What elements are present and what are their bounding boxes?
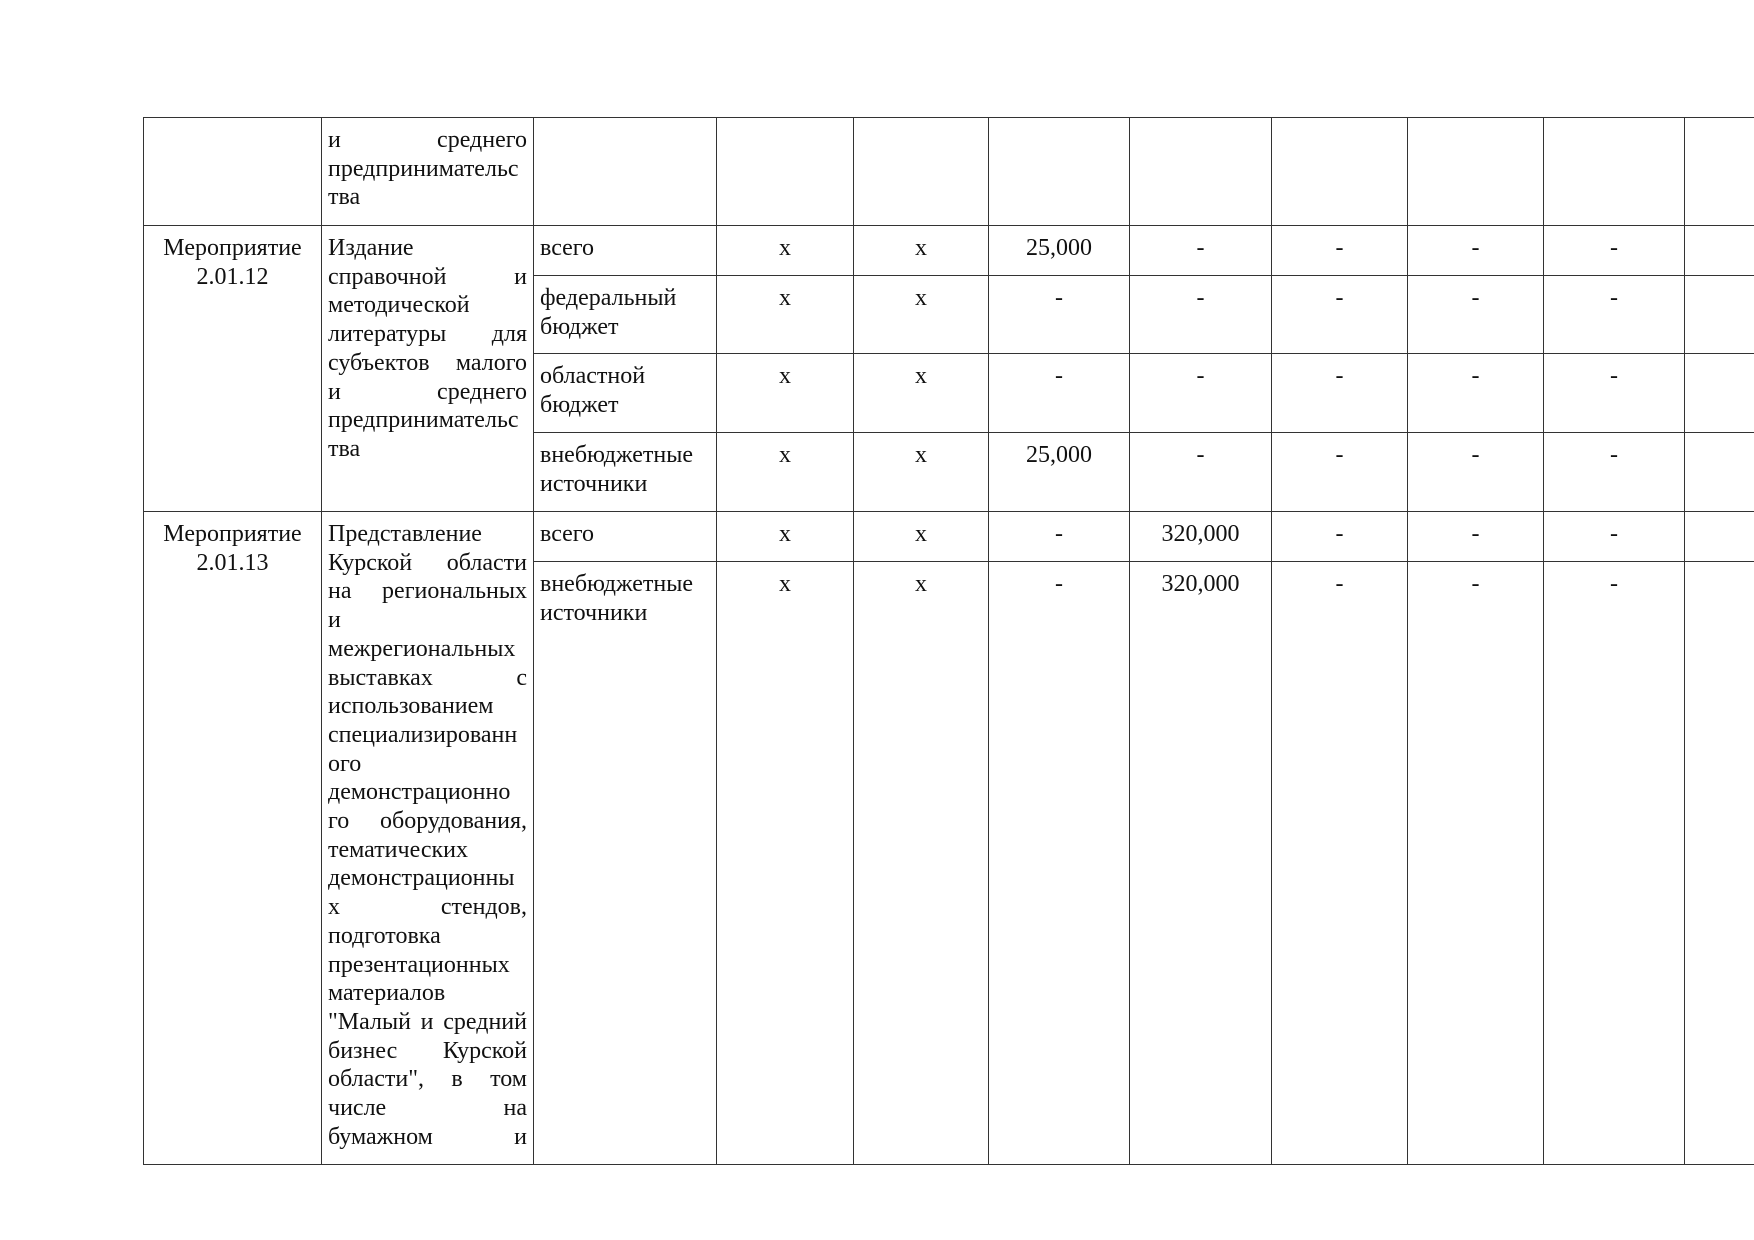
text-line: 2.01.12	[146, 263, 319, 292]
text-line: использованием	[328, 692, 527, 721]
value-cell: x	[854, 433, 989, 512]
text-line: литературы для	[328, 320, 527, 349]
text-line: бизнес Курской	[328, 1037, 527, 1066]
measure-id-cell	[144, 118, 322, 226]
text-line: внебюджетные	[540, 570, 710, 599]
value-cell: -	[1685, 562, 1754, 1165]
value-cell	[1685, 118, 1754, 226]
text-line: внебюджетные	[540, 441, 710, 470]
value-cell: -	[1130, 354, 1272, 433]
text-line: демонстрационно	[328, 778, 527, 807]
value-cell: 320,000	[1130, 562, 1272, 1165]
value-cell: -	[1408, 562, 1544, 1165]
text-line: ого	[328, 750, 527, 779]
text-line: всего	[540, 520, 710, 549]
text-line: числе на	[328, 1094, 527, 1123]
text-line: областной	[540, 362, 710, 391]
funding-source-cell: всего	[534, 226, 717, 276]
text-line: и среднего	[328, 126, 527, 155]
funding-source-cell: федеральныйбюджет	[534, 276, 717, 354]
value-cell: -	[1272, 226, 1408, 276]
value-cell: -	[1408, 512, 1544, 562]
text-line: субъектов малого	[328, 349, 527, 378]
table-row: Мероприятие2.01.13ПредставлениеКурской о…	[144, 512, 1754, 562]
measure-name-cell: и среднегопредпринимательства	[322, 118, 534, 226]
document-page: и среднегопредпринимательстваМероприятие…	[0, 0, 1754, 1240]
text-line: презентационных	[328, 951, 527, 980]
value-cell: -	[1544, 276, 1685, 354]
measure-name-cell: Изданиесправочной иметодическойлитератур…	[322, 226, 534, 512]
value-cell: x	[717, 354, 854, 433]
table-row: Мероприятие2.01.12Изданиесправочной имет…	[144, 226, 1754, 276]
text-line: предпринимательс	[328, 406, 527, 435]
measure-id-cell: Мероприятие2.01.13	[144, 512, 322, 1165]
text-line: тва	[328, 183, 527, 212]
value-cell: x	[854, 276, 989, 354]
value-cell: -	[1272, 512, 1408, 562]
value-cell: -	[1408, 276, 1544, 354]
text-line: материалов	[328, 979, 527, 1008]
measure-id-cell: Мероприятие2.01.12	[144, 226, 322, 512]
value-cell: -	[1685, 276, 1754, 354]
text-line: подготовка	[328, 922, 527, 951]
text-line: методической	[328, 291, 527, 320]
value-cell: -	[1544, 354, 1685, 433]
value-cell: -	[1544, 562, 1685, 1165]
value-cell: x	[854, 226, 989, 276]
value-cell	[1544, 118, 1685, 226]
text-line: источники	[540, 470, 710, 499]
text-line: тва	[328, 435, 527, 464]
text-line: бюджет	[540, 391, 710, 420]
value-cell: 320,000	[1130, 512, 1272, 562]
value-cell: -	[1130, 433, 1272, 512]
text-line: тематических	[328, 836, 527, 865]
text-line: области", в том	[328, 1065, 527, 1094]
text-line: Издание	[328, 234, 527, 263]
table-row-continuation: и среднегопредпринимательства	[144, 118, 1754, 226]
funding-source-cell: внебюджетныеисточники	[534, 562, 717, 1165]
value-cell: -	[1272, 276, 1408, 354]
value-cell: x	[854, 354, 989, 433]
value-cell: x	[717, 562, 854, 1165]
text-line: и среднего	[328, 378, 527, 407]
text-line: бюджет	[540, 313, 710, 342]
text-line: бумажном и	[328, 1123, 527, 1152]
value-cell: -	[1272, 354, 1408, 433]
value-cell: -	[1685, 512, 1754, 562]
value-cell	[854, 118, 989, 226]
value-cell: -	[1130, 226, 1272, 276]
value-cell: -	[1544, 226, 1685, 276]
value-cell: x	[717, 433, 854, 512]
value-cell: -	[1130, 276, 1272, 354]
value-cell: -	[1544, 433, 1685, 512]
text-line: межрегиональных	[328, 635, 527, 664]
value-cell: x	[717, 226, 854, 276]
text-line: демонстрационны	[328, 864, 527, 893]
budget-table: и среднегопредпринимательстваМероприятие…	[143, 117, 1754, 1165]
value-cell: -	[989, 562, 1130, 1165]
value-cell: -	[1408, 354, 1544, 433]
value-cell: -	[1685, 433, 1754, 512]
value-cell: 25,000	[989, 433, 1130, 512]
value-cell	[717, 118, 854, 226]
value-cell: -	[1685, 354, 1754, 433]
value-cell	[1408, 118, 1544, 226]
value-cell: -	[1272, 562, 1408, 1165]
value-cell: -	[989, 512, 1130, 562]
value-cell: 25,000	[989, 226, 1130, 276]
value-cell	[989, 118, 1130, 226]
funding-source-cell: областнойбюджет	[534, 354, 717, 433]
text-line: специализированн	[328, 721, 527, 750]
text-line: выставках с	[328, 664, 527, 693]
value-cell: x	[717, 512, 854, 562]
funding-source-cell: всего	[534, 512, 717, 562]
value-cell: -	[1272, 433, 1408, 512]
text-line: "Малый и средний	[328, 1008, 527, 1037]
text-line: Представление	[328, 520, 527, 549]
value-cell: -	[1408, 433, 1544, 512]
value-cell	[1130, 118, 1272, 226]
text-line: Мероприятие	[146, 520, 319, 549]
text-line: предпринимательс	[328, 155, 527, 184]
text-line: всего	[540, 234, 710, 263]
value-cell	[534, 118, 717, 226]
text-line: Курской области	[328, 549, 527, 578]
text-line: х стендов,	[328, 893, 527, 922]
value-cell: -	[1685, 226, 1754, 276]
text-line: го оборудования,	[328, 807, 527, 836]
value-cell	[1272, 118, 1408, 226]
text-line: федеральный	[540, 284, 710, 313]
value-cell: -	[1408, 226, 1544, 276]
text-line: Мероприятие	[146, 234, 319, 263]
value-cell: x	[854, 562, 989, 1165]
text-line: и	[328, 606, 527, 635]
value-cell: -	[989, 276, 1130, 354]
value-cell: -	[989, 354, 1130, 433]
text-line: справочной и	[328, 263, 527, 292]
value-cell: x	[854, 512, 989, 562]
value-cell: x	[717, 276, 854, 354]
text-line: источники	[540, 599, 710, 628]
measure-name-cell: ПредставлениеКурской областина региональ…	[322, 512, 534, 1165]
text-line: 2.01.13	[146, 549, 319, 578]
text-line: на региональных	[328, 577, 527, 606]
value-cell: -	[1544, 512, 1685, 562]
funding-source-cell: внебюджетныеисточники	[534, 433, 717, 512]
